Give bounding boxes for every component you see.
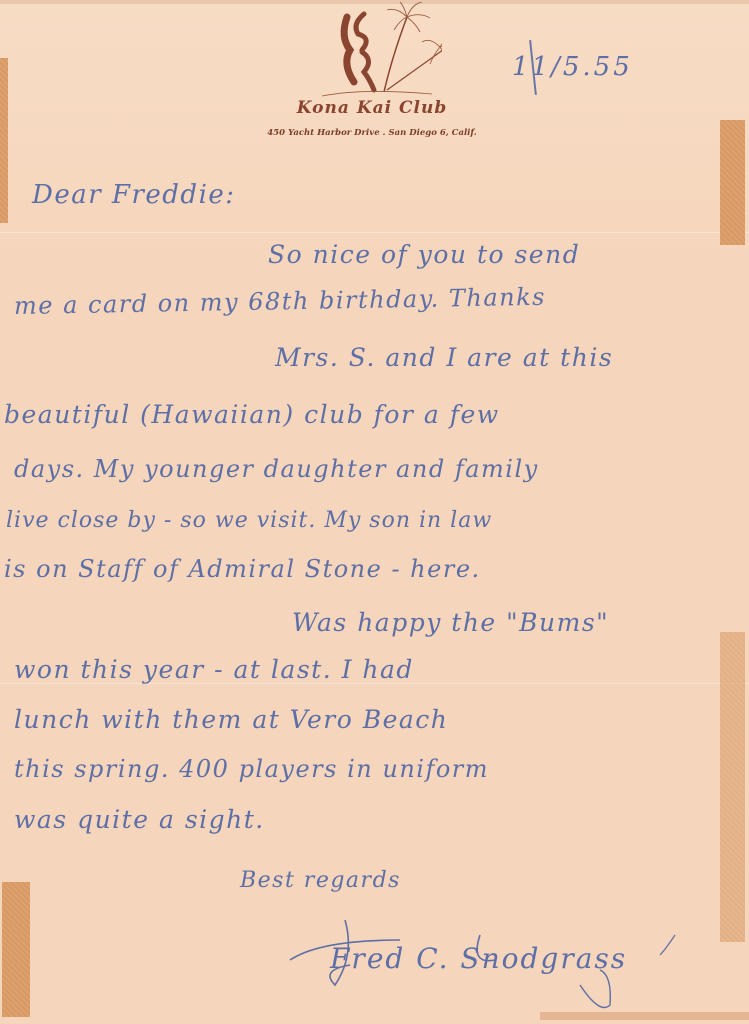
tape-mark-right-bottom [720, 632, 745, 942]
signature: Fred C. Snodgrass [330, 942, 627, 975]
letter-line: beautiful (Hawaiian) club for a few [4, 400, 500, 429]
letter-line: was quite a sight. [14, 805, 265, 834]
tape-mark-left-top [0, 58, 8, 223]
fold-line [0, 232, 749, 233]
letter-date: 11/5.55 [512, 52, 633, 82]
tape-mark-right-top [720, 120, 745, 245]
letter-line: me a card on my 68th birthday. Thanks [14, 283, 546, 320]
letter-page: Kona Kai Club 450 Yacht Harbor Drive . S… [0, 0, 749, 1024]
kona-kai-monogram-palm-icon [312, 2, 442, 102]
club-address: 450 Yacht Harbor Drive . San Diego 6, Ca… [252, 128, 492, 138]
letter-line: won this year - at last. I had [14, 655, 414, 684]
letter-line: live close by - so we visit. My son in l… [6, 508, 492, 533]
letter-line: lunch with them at Vero Beach [14, 705, 448, 734]
letter-line: Mrs. S. and I are at this [275, 343, 613, 372]
tape-mark-left-bottom [2, 882, 30, 1017]
club-name: Kona Kai Club [262, 98, 482, 118]
salutation: Dear Freddie: [32, 180, 236, 210]
letter-line: So nice of you to send [268, 240, 580, 269]
closing: Best regards [240, 868, 401, 893]
letterhead: Kona Kai Club 450 Yacht Harbor Drive . S… [262, 0, 482, 150]
letter-line: Was happy the "Bums" [292, 608, 609, 637]
letter-line: this spring. 400 players in uniform [14, 755, 489, 783]
letter-line: is on Staff of Admiral Stone - here. [4, 555, 481, 583]
letter-line: days. My younger daughter and family [14, 455, 539, 483]
